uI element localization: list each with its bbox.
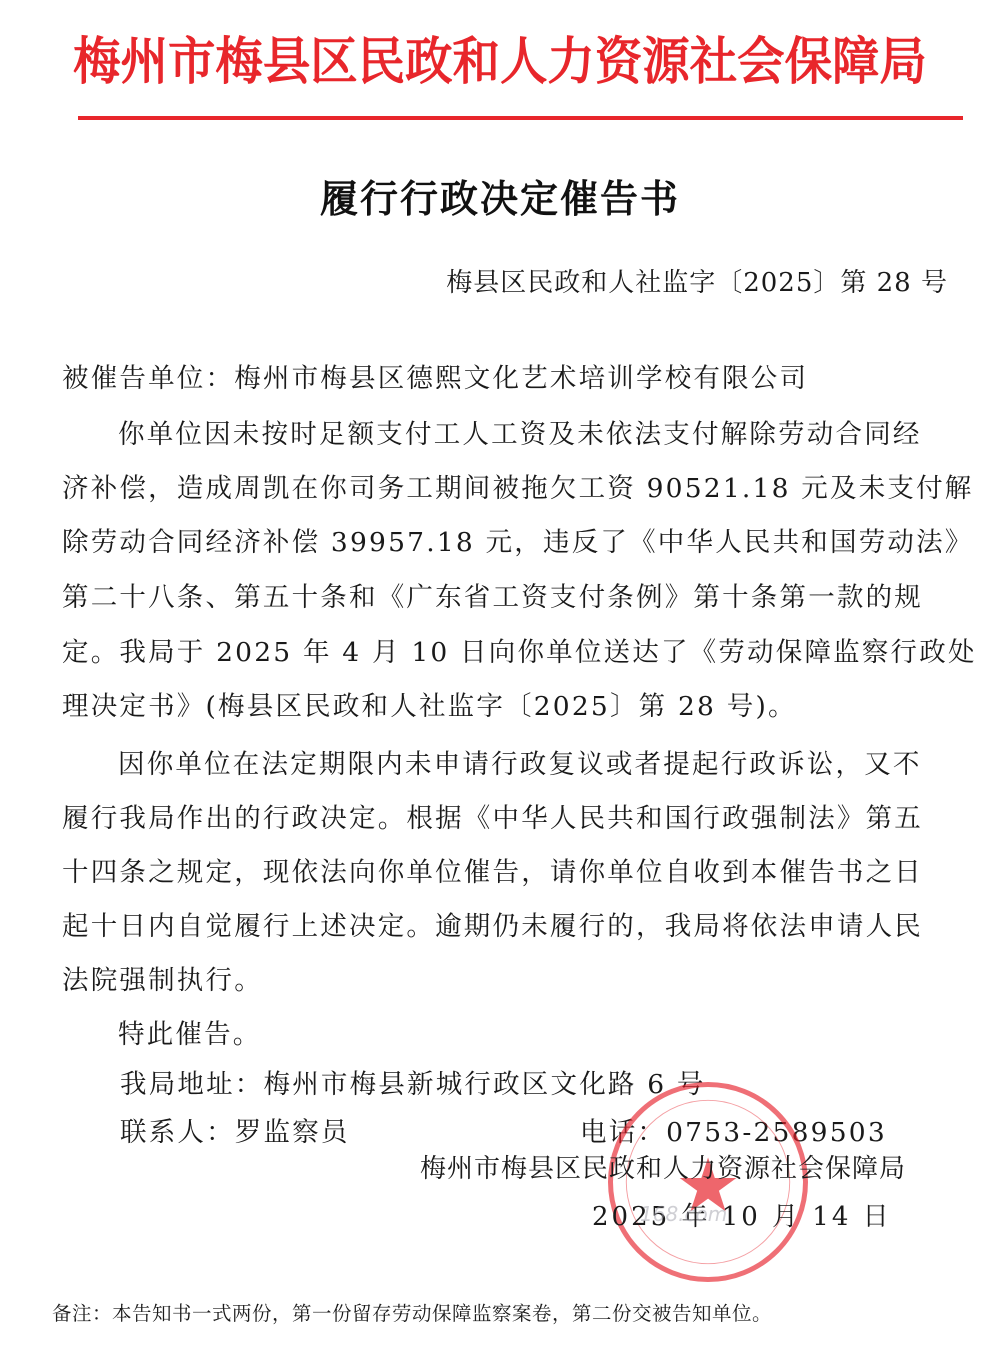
body-line: 十四条之规定，现依法向你单位催告，请你单位自收到本催告书之日 (62, 850, 923, 889)
contact-person: 联系人：罗监察员 (120, 1110, 350, 1149)
issuing-authority-header: 梅州市梅县区民政和人力资源社会保障局 (35, 20, 965, 94)
signature-organization: 梅州市梅县区民政和人力资源社会保障局 (420, 1148, 906, 1185)
red-divider (78, 116, 963, 120)
document-title: 履行行政决定催告书 (0, 168, 1000, 223)
watermark: 168.com (640, 1202, 727, 1226)
document-number: 梅县区民政和人社监字〔2025〕第 28 号 (446, 262, 948, 299)
body-line: 起十日内自觉履行上述决定。逾期仍未履行的，我局将依法申请人民 (62, 904, 923, 943)
body-line: 定。我局于 2025 年 4 月 10 日向你单位送达了《劳动保障监察行政处 (62, 630, 977, 669)
body-line: 法院强制执行。 (62, 958, 263, 997)
body-line: 履行我局作出的行政决定。根据《中华人民共和国行政强制法》第五 (62, 796, 923, 835)
body-line: 你单位因未按时足额支付工人工资及未依法支付解除劳动合同经 (118, 412, 922, 451)
body-line: 济补偿，造成周凯在你司务工期间被拖欠工资 90521.18 元及未支付解 (62, 466, 974, 505)
body-line: 第二十八条、第五十条和《广东省工资支付条例》第十条第一款的规 (62, 575, 923, 614)
closing-line: 特此催告。 (118, 1012, 262, 1051)
body-line: 理决定书》(梅县区民政和人社监字〔2025〕第 28 号)。 (62, 684, 797, 723)
footnote: 备注：本告知书一式两份，第一份留存劳动保障监察案卷，第二份交被告知单位。 (52, 1298, 772, 1326)
body-line: 因你单位在法定期限内未申请行政复议或者提起行政诉讼，又不 (118, 742, 922, 781)
body-line: 除劳动合同经济补偿 39957.18 元，违反了《中华人民共和国劳动法》 (62, 520, 974, 559)
signature-date: 2025 年 10 月 14 日 (592, 1196, 892, 1233)
addressee-line: 被催告单位：梅州市梅县区德熙文化艺术培训学校有限公司 (62, 356, 808, 395)
